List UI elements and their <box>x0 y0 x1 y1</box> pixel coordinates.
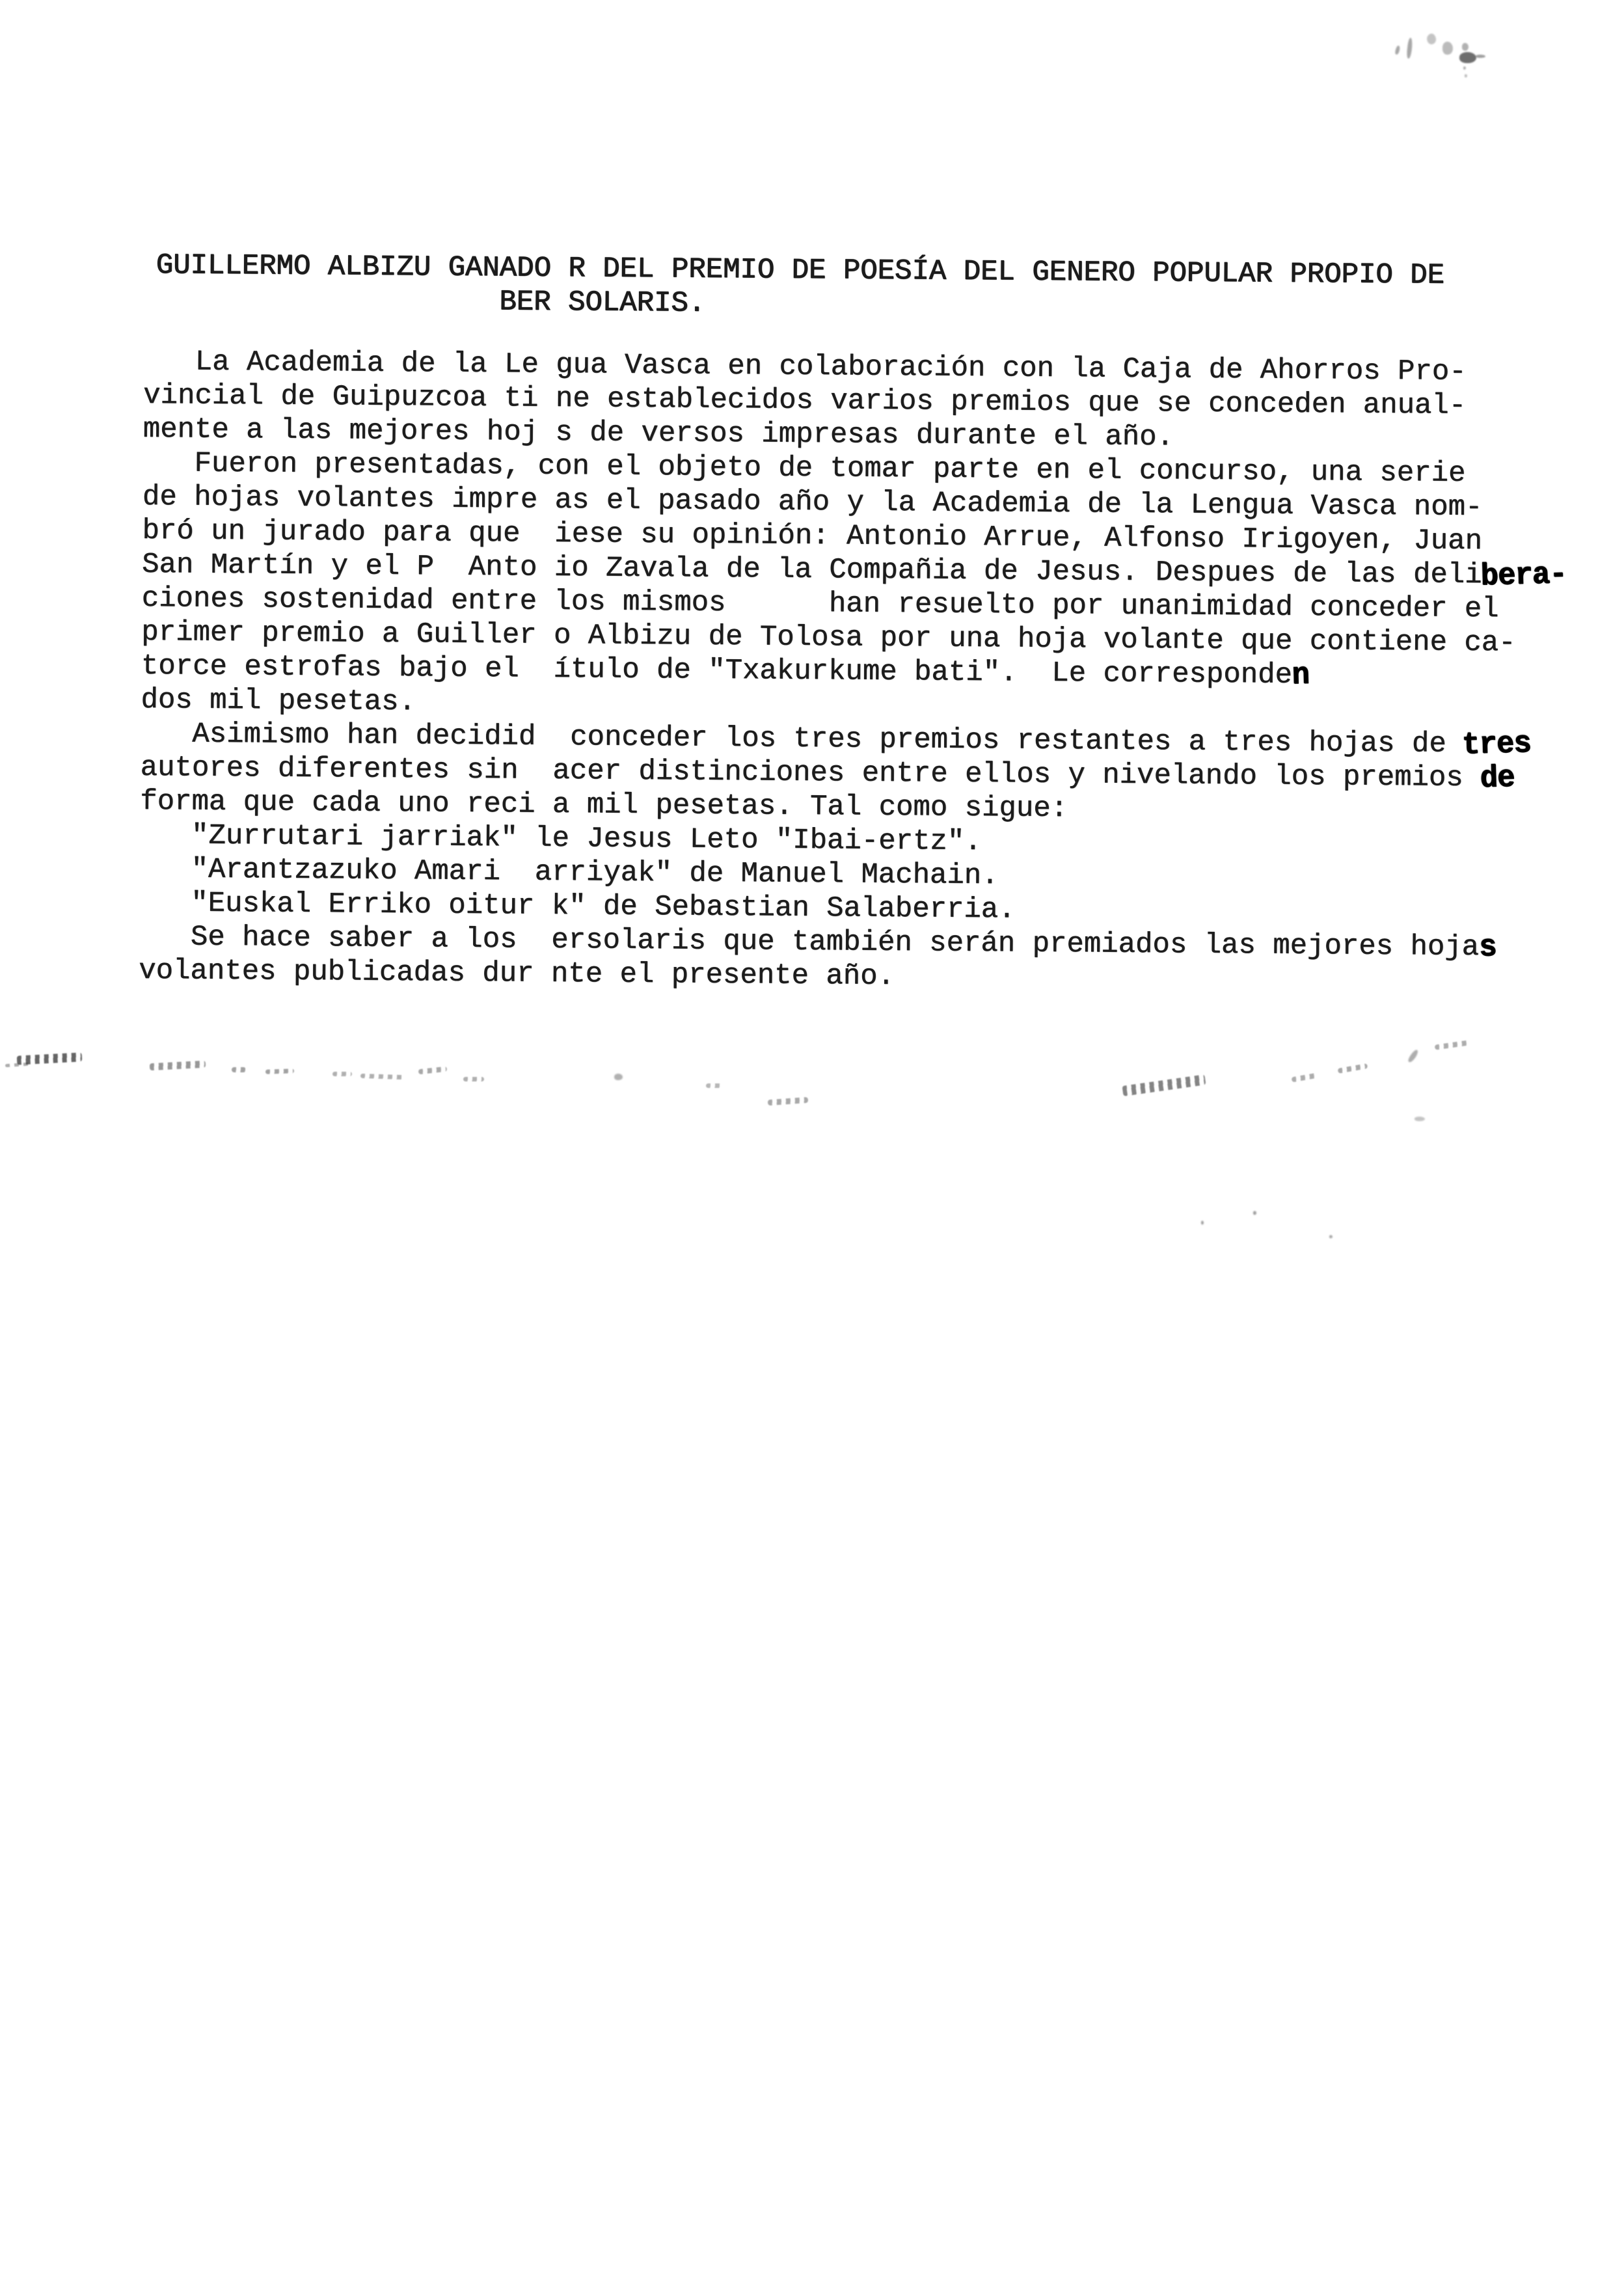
handwritten-correction: de <box>1479 760 1514 798</box>
smudge-mark <box>1406 38 1413 59</box>
smudge-mark <box>418 1066 448 1075</box>
smudge-mark <box>150 1061 206 1070</box>
smudge-mark <box>1394 45 1400 55</box>
document-body: La Academia de la Le gua Vasca en colabo… <box>139 345 1624 999</box>
smudge-mark <box>1463 66 1466 70</box>
smudge-mark <box>614 1074 623 1080</box>
smudge-mark <box>232 1067 246 1072</box>
smudge-mark <box>463 1077 484 1081</box>
smudge-mark <box>1407 1049 1419 1064</box>
typewritten-segment: BER SOLARIS. <box>156 283 705 320</box>
typewritten-segment: dos mil pesetas. <box>141 684 416 718</box>
typewritten-text: GUILLERMO ALBIZU GANADO R DEL PREMIO DE … <box>139 249 1624 999</box>
smudge-mark <box>1442 42 1453 55</box>
smudge-mark <box>360 1074 403 1080</box>
document-title: GUILLERMO ALBIZU GANADO R DEL PREMIO DE … <box>144 249 1624 328</box>
typewritten-segment: volantes publicadas dur nte el presente … <box>139 955 895 993</box>
scanned-document-page: GUILLERMO ALBIZU GANADO R DEL PREMIO DE … <box>0 0 1624 2282</box>
smudge-mark <box>1338 1063 1368 1074</box>
smudge-mark <box>1329 1235 1333 1238</box>
smudge-mark <box>768 1097 808 1106</box>
smudge-mark <box>332 1072 352 1076</box>
smudge-mark <box>1435 1040 1470 1050</box>
typewritten-segment: "Euskal Erriko oitur k" de Sebastian Sal… <box>139 887 1016 927</box>
handwritten-correction: bera- <box>1480 556 1567 595</box>
smudge-mark <box>1459 52 1476 63</box>
typewritten-segment: "Zurrutari jarriak" le Jesus Leto "Ibai-… <box>140 819 982 858</box>
smudge-mark <box>1253 1211 1256 1215</box>
smudge-mark <box>1425 33 1437 46</box>
smudge-mark <box>1414 1117 1425 1121</box>
smudge-mark <box>1122 1074 1206 1096</box>
smudge-mark <box>1292 1073 1318 1083</box>
typewritten-segment: "Arantzazuko Amari arriyak" de Manuel Ma… <box>139 853 999 892</box>
smudge-mark <box>706 1083 723 1088</box>
smudge-mark <box>1201 1221 1204 1225</box>
smudge-mark <box>265 1068 294 1074</box>
smudge-mark <box>1465 74 1467 77</box>
smudge-mark <box>1476 55 1485 58</box>
smudge-mark <box>5 1063 29 1067</box>
handwritten-correction: n <box>1292 657 1310 694</box>
handwritten-correction: s <box>1478 929 1496 966</box>
handwritten-correction: tres <box>1461 726 1531 764</box>
smudge-mark <box>1462 43 1468 51</box>
